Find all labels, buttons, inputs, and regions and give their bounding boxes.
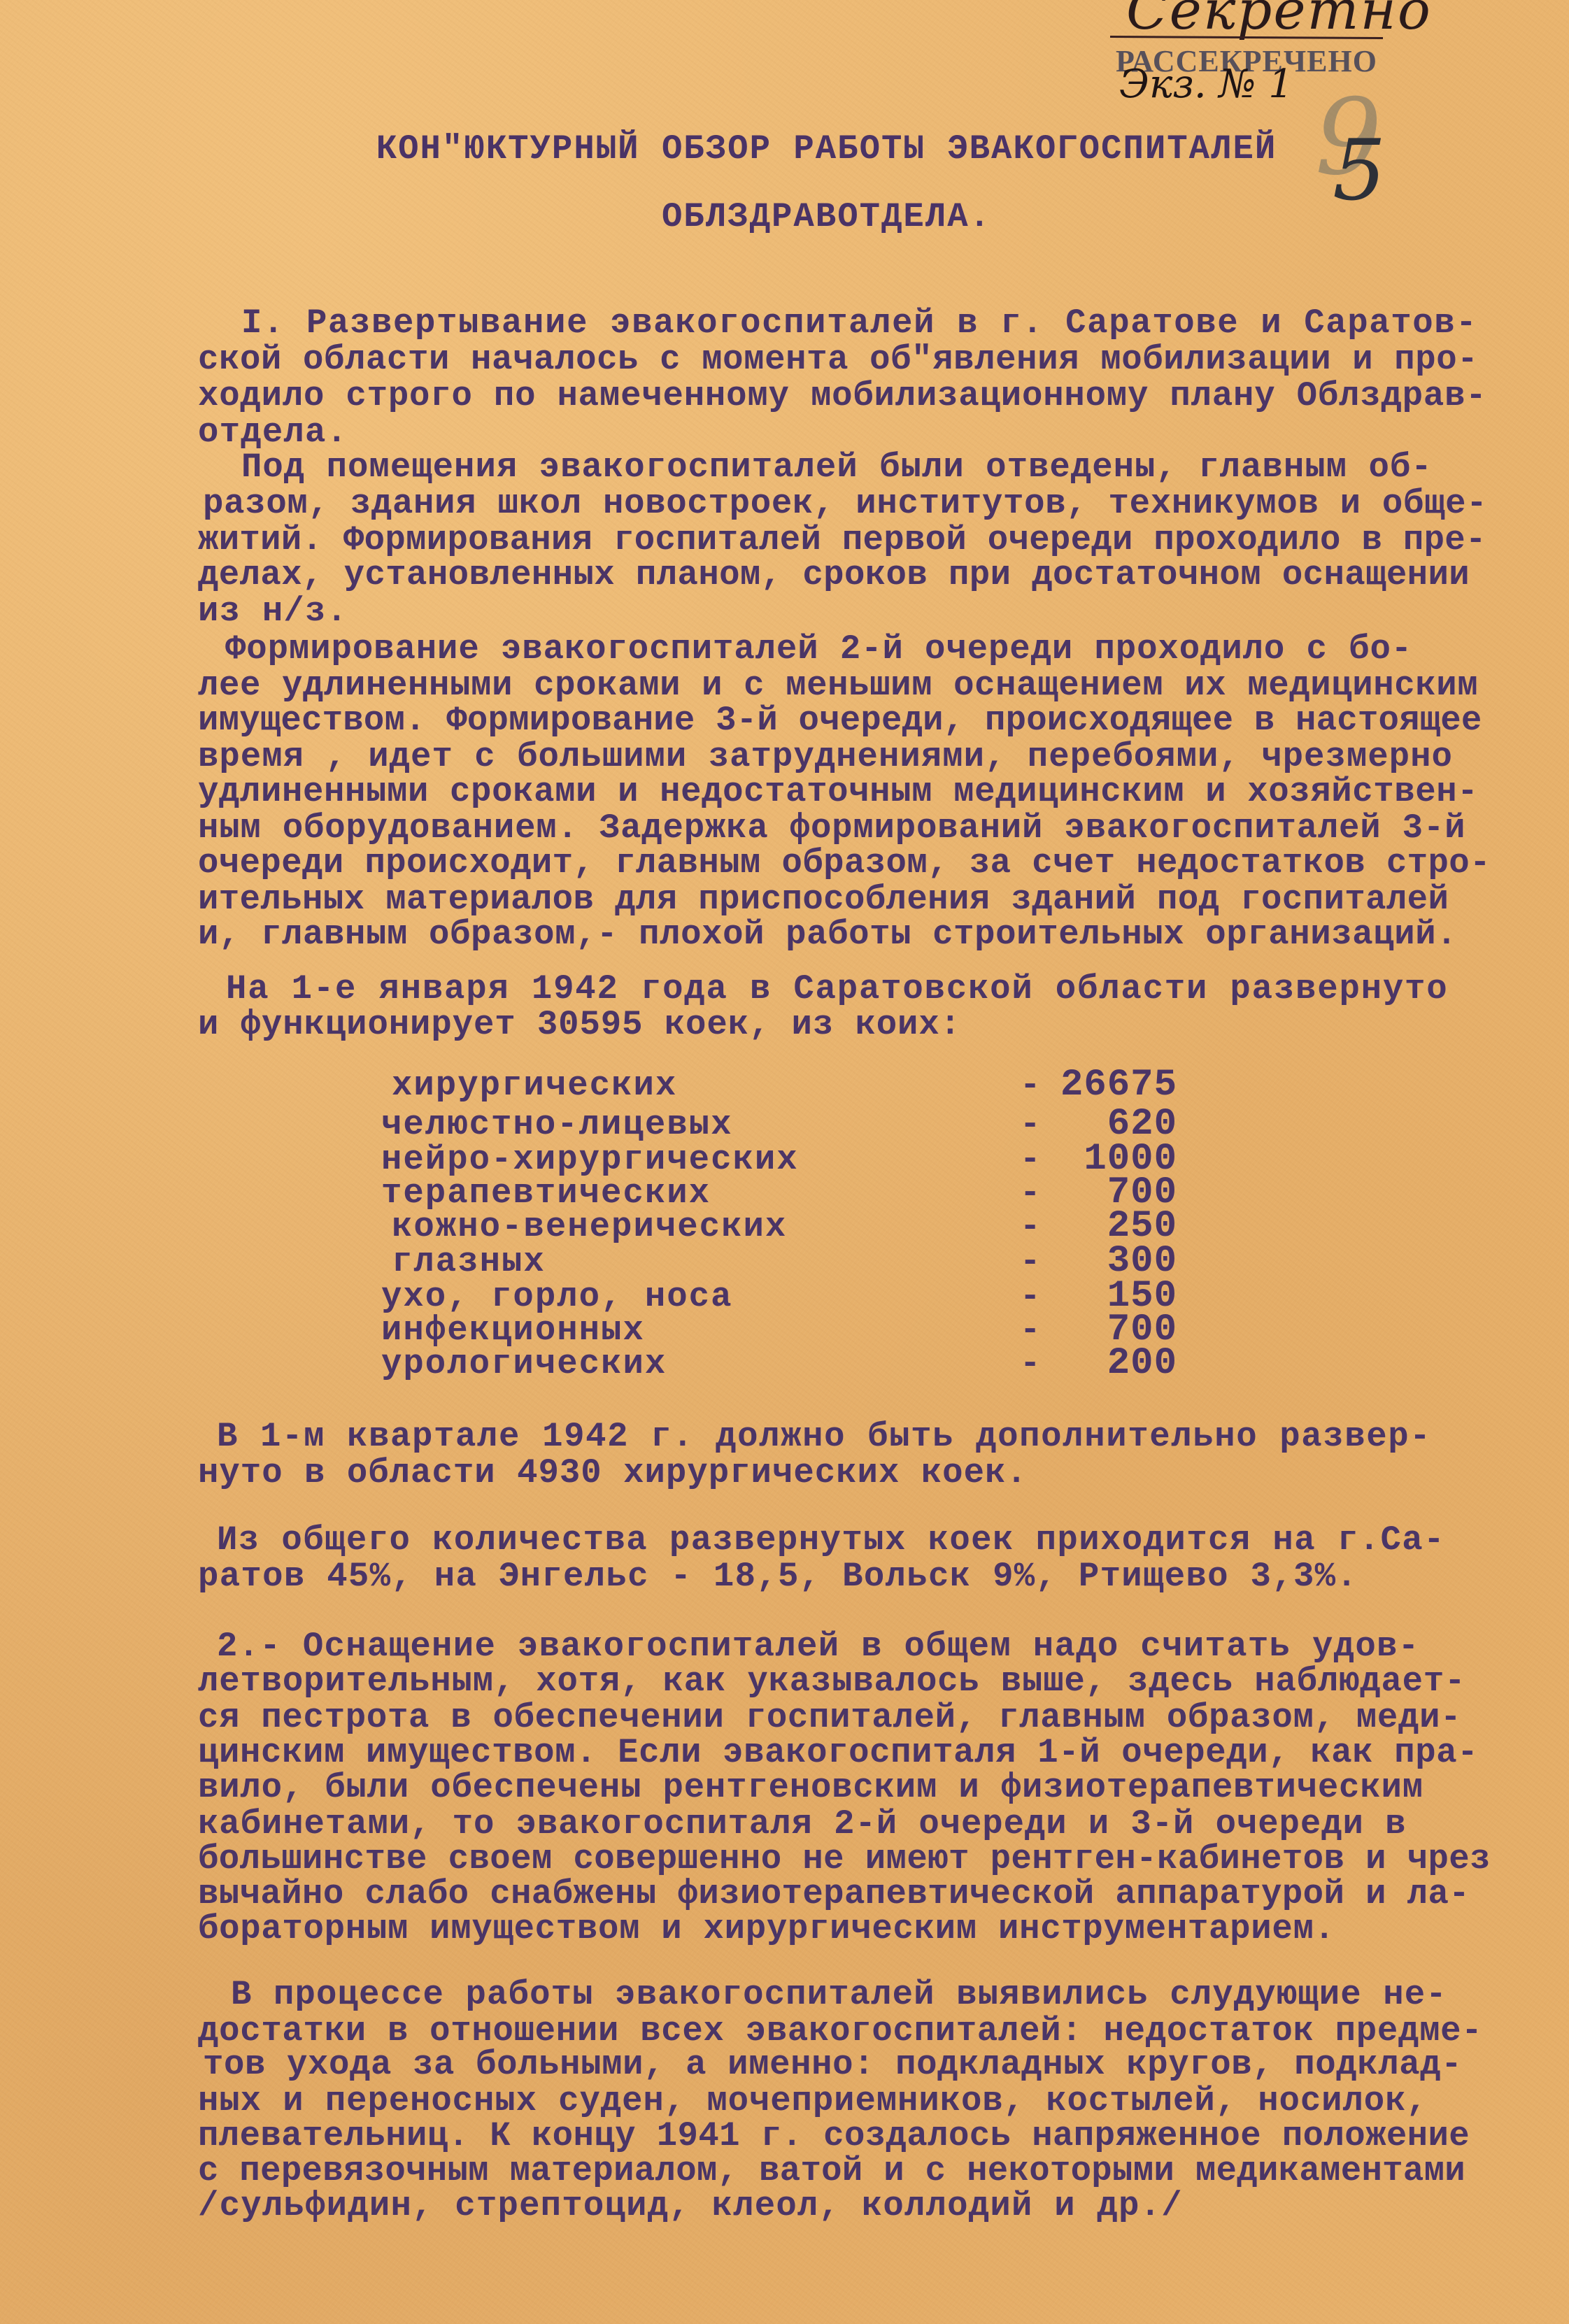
text-line: житий. Формирования госпиталей первой оч…: [198, 523, 1486, 557]
text-line: достатки в отношении всех эвакогоспитале…: [198, 2014, 1482, 2048]
text-line: нуто в области 4930 хирургических коек.: [198, 1456, 1028, 1490]
text-line: и функционирует 30595 коек, из коих:: [198, 1008, 961, 1042]
text-line: На 1-е января 1942 года в Саратовской об…: [226, 972, 1448, 1006]
bed-profile-name: ухо, горло, носа: [381, 1280, 732, 1314]
dash-separator: -: [1020, 1280, 1040, 1314]
bed-profile-name: кожно-венерических: [392, 1210, 787, 1244]
text-line: из н/з.: [198, 594, 348, 629]
bed-profile-name: урологических: [381, 1347, 667, 1381]
text-line: отдела.: [198, 415, 348, 450]
bed-profile-name: глазных: [392, 1245, 546, 1279]
text-line: плевательниц. К концу 1941 г. создалось …: [198, 2119, 1470, 2153]
text-line: Под помещения эвакогоспиталей были отвед…: [241, 450, 1433, 485]
document-title-line-2: ОБЛЗДРАВОТДЕЛА.: [42, 197, 1569, 236]
dash-separator: -: [1020, 1176, 1040, 1211]
bed-profile-name: челюстно-лицевых: [381, 1108, 732, 1142]
text-line: время , идет с большими затруднениями, п…: [198, 740, 1453, 774]
dash-separator: -: [1020, 1210, 1040, 1244]
dash-separator: -: [1020, 1347, 1040, 1381]
text-line: ходило строго по намеченному мобилизацио…: [198, 379, 1487, 413]
text-line: I. Развертывание эвакогоспиталей в г. Са…: [241, 306, 1477, 341]
text-line: лее удлиненными сроками и с меньшим осна…: [198, 669, 1478, 703]
text-line: ратов 45%, на Энгельс - 18,5, Вольск 9%,…: [198, 1560, 1358, 1594]
text-line: ской области началось с момента об"явлен…: [198, 343, 1478, 377]
text-line: вило, были обеспечены рентгеновским и фи…: [198, 1771, 1424, 1805]
text-line: вычайно слабо снабжены физиотерапевтичес…: [198, 1877, 1470, 1911]
text-line: тов ухода за больными, а именно: подклад…: [203, 2048, 1462, 2082]
text-line: бораторным имуществом и хирургическим ин…: [198, 1912, 1335, 1946]
text-line: В процессе работы эвакогоспиталей выявил…: [231, 1978, 1447, 2012]
document-title-line-1: КОН"ЮКТУРНЫЙ ОБЗОР РАБОТЫ ЭВАКОГОСПИТАЛЕ…: [42, 129, 1569, 169]
dash-separator: -: [1020, 1108, 1040, 1142]
text-line: ительных материалов для приспособления з…: [198, 883, 1449, 917]
text-line: летворительным, хотя, как указывалось вы…: [198, 1664, 1465, 1699]
text-line: 2.- Оснащение эвакогоспиталей в общем на…: [217, 1630, 1419, 1664]
text-line: ным оборудованием. Задержка формирований…: [198, 811, 1465, 846]
dash-separator: -: [1020, 1245, 1040, 1279]
text-line: Из общего количества развернутых коек пр…: [217, 1523, 1445, 1557]
text-line: Формирование эвакогоспиталей 2-й очереди…: [225, 632, 1412, 666]
text-line: с перевязочным материалом, ватой и с нек…: [198, 2154, 1465, 2188]
text-line: ся пестрота в обеспечении госпиталей, гл…: [198, 1701, 1461, 1735]
text-line: большинстве своем совершенно не имеют ре…: [198, 1842, 1491, 1876]
bed-profile-name: инфекционных: [381, 1313, 645, 1348]
bed-profile-name: нейро-хирургических: [381, 1143, 799, 1177]
archive-copy-reference: Экз. № 1: [1119, 62, 1293, 107]
text-line: удлиненными сроками и недостаточным меди…: [198, 775, 1478, 809]
bed-count: 26675: [1060, 1067, 1177, 1104]
text-line: цинским имуществом. Если эвакогоспиталя …: [198, 1736, 1478, 1770]
document-page: Секретно РАССЕКРЕЧЕНО Экз. № 1 9 5 КОН"Ю…: [0, 0, 1569, 2324]
bed-profile-name: хирургических: [392, 1069, 677, 1103]
text-line: В 1-м квартале 1942 г. должно быть допол…: [217, 1420, 1431, 1454]
text-line: очереди происходит, главным образом, за …: [198, 846, 1491, 881]
text-line: и, главным образом,- плохой работы строи…: [198, 918, 1457, 952]
text-line: кабинетами, то эвакогоспиталя 2-й очеред…: [198, 1807, 1406, 1841]
bed-profile-name: терапевтических: [381, 1176, 711, 1211]
dash-separator: -: [1020, 1069, 1040, 1103]
text-line: разом, здания школ новостроек, институто…: [203, 487, 1487, 521]
dash-separator: -: [1020, 1143, 1040, 1177]
bed-count: 200: [1107, 1345, 1177, 1383]
text-line: /сульфидин, стрептоцид, клеол, коллодий …: [198, 2189, 1183, 2223]
text-line: ных и переносных суден, мочеприемников, …: [198, 2084, 1428, 2118]
text-line: делах, установленных планом, сроков при …: [198, 558, 1470, 592]
dash-separator: -: [1020, 1313, 1040, 1348]
text-line: имуществом. Формирование 3-й очереди, пр…: [198, 704, 1482, 738]
